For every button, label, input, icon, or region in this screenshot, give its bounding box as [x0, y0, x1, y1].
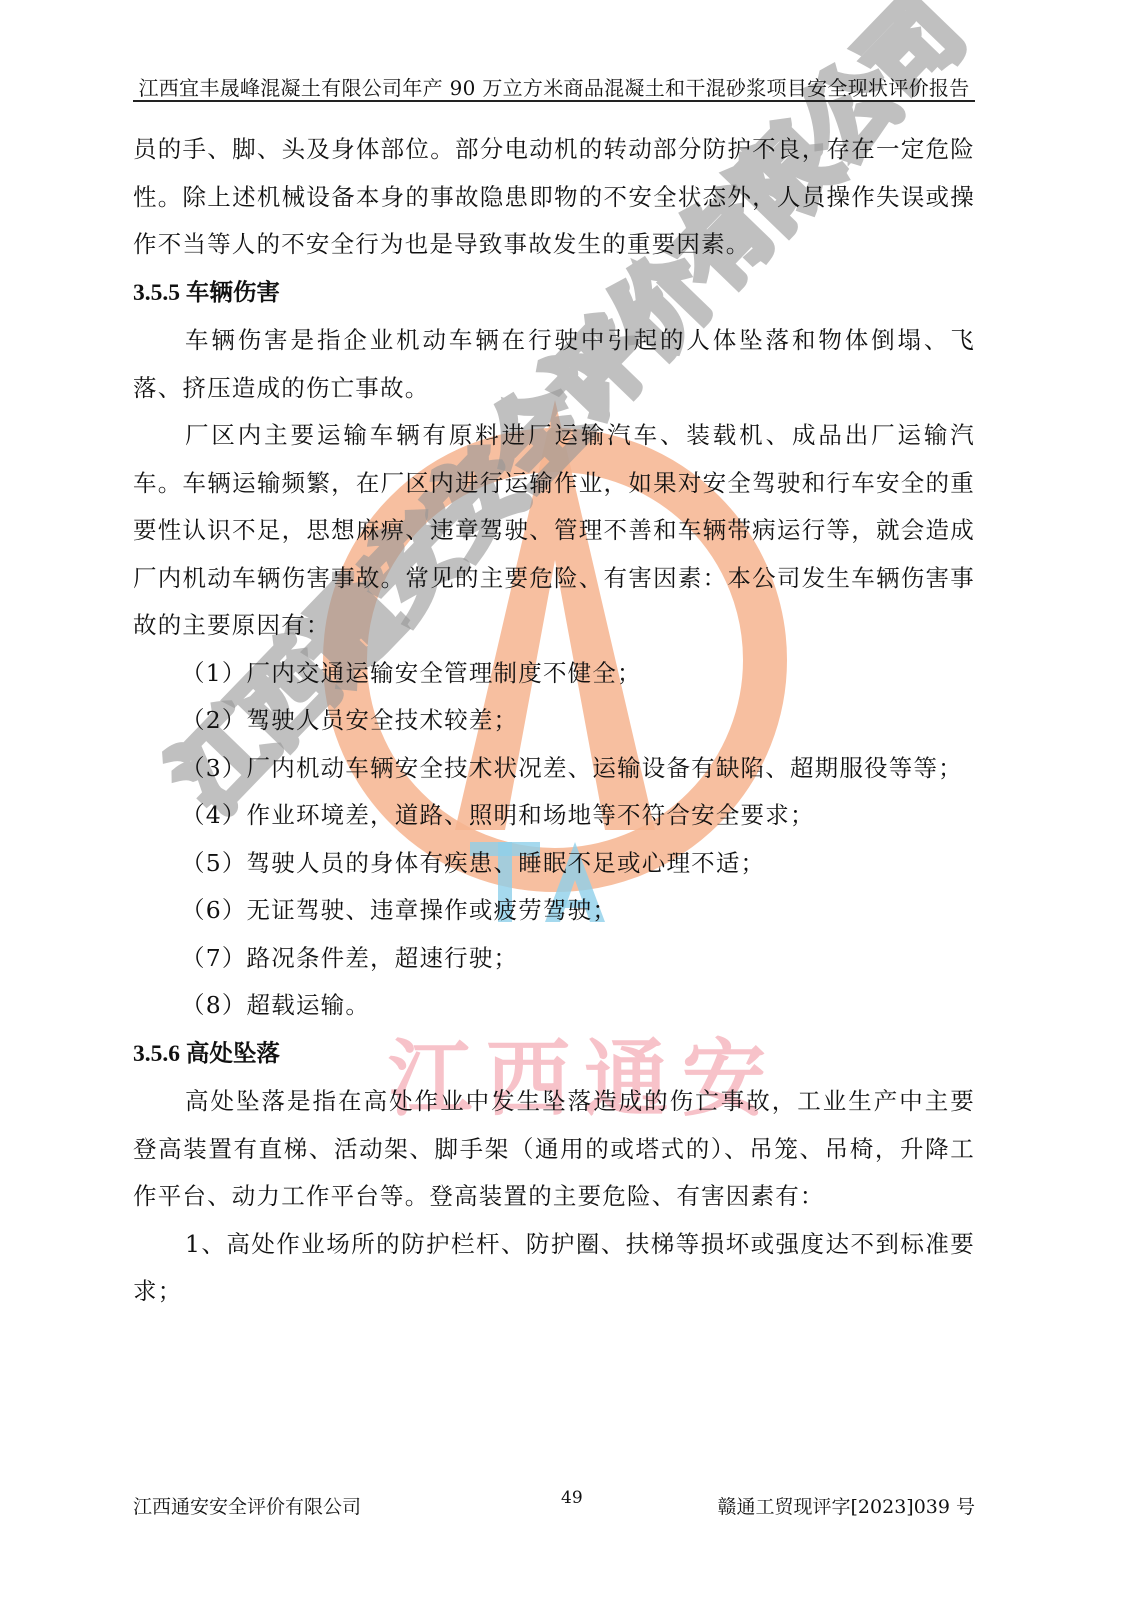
paragraph-vehicle-description: 厂区内主要运输车辆有原料进厂运输汽车、装载机、成品出厂运输汽车。车辆运输频繁，在… — [133, 412, 975, 650]
list-item: （6）无证驾驶、违章操作或疲劳驾驶； — [133, 887, 975, 935]
footer-company: 江西通安安全评价有限公司 — [133, 1492, 361, 1519]
section-number: 3.5.6 — [133, 1041, 180, 1067]
page-number: 49 — [561, 1488, 583, 1508]
section-title: 高处坠落 — [186, 1039, 280, 1067]
list-item: （5）驾驶人员的身体有疾患、睡眠不足或心理不适； — [133, 840, 975, 888]
paragraph-fall-definition: 高处坠落是指在高处作业中发生坠落造成的伤亡事故，工业生产中主要登高装置有直梯、活… — [133, 1078, 975, 1221]
header-divider — [133, 100, 975, 102]
page-footer: 江西通安安全评价有限公司 49 赣通工贸现评字[2023]039 号 — [133, 1492, 975, 1522]
footer-doc-number: 赣通工贸现评字[2023]039 号 — [718, 1492, 975, 1519]
page-body: 员的手、脚、头及身体部位。部分电动机的转动部分防护不良，存在一定危险性。除上述机… — [133, 126, 975, 1316]
section-number: 3.5.5 — [133, 280, 180, 306]
paragraph-vehicle-definition: 车辆伤害是指企业机动车辆在行驶中引起的人体坠落和物体倒塌、飞落、挤压造成的伤亡事… — [133, 317, 975, 412]
section-heading-3-5-5: 3.5.5 车辆伤害 — [133, 269, 975, 318]
list-item: （2）驾驶人员安全技术较差； — [133, 697, 975, 745]
list-item: （4）作业环境差，道路、照明和场地等不符合安全要求； — [133, 792, 975, 840]
page-header-title: 江西宜丰晟峰混凝土有限公司年产 90 万立方米商品混凝土和干混砂浆项目安全现状评… — [133, 72, 975, 101]
list-item: （3）厂内机动车辆安全技术状况差、运输设备有缺陷、超期服役等等； — [133, 745, 975, 793]
list-item: （8）超载运输。 — [133, 982, 975, 1030]
section-heading-3-5-6: 3.5.6 高处坠落 — [133, 1030, 975, 1079]
list-item: （7）路况条件差，超速行驶； — [133, 935, 975, 983]
document-page: 江西宜丰晟峰混凝土有限公司年产 90 万立方米商品混凝土和干混砂浆项目安全现状评… — [0, 0, 1129, 1600]
paragraph-fall-item-1: 1、高处作业场所的防护栏杆、防护圈、扶梯等损坏或强度达不到标准要求； — [133, 1221, 975, 1316]
list-item: （1）厂内交通运输安全管理制度不健全； — [133, 650, 975, 698]
section-title: 车辆伤害 — [186, 278, 280, 306]
paragraph-continuation: 员的手、脚、头及身体部位。部分电动机的转动部分防护不良，存在一定危险性。除上述机… — [133, 126, 975, 269]
